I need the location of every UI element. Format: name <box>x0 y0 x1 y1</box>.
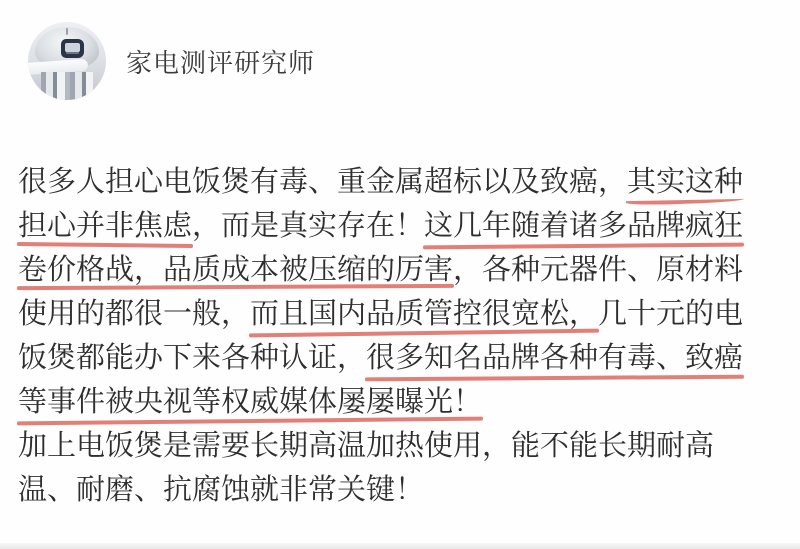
text-line: 卷价格战，品质成本被压缩的厉害，各种元器件、原材料 <box>18 248 784 292</box>
text-segment: 使用的都很一般， <box>18 292 250 336</box>
text-segment: 很多人担心电饭煲有毒、重金属超标以及致癌， <box>18 160 627 204</box>
underlined-text-segment: 而且国内品质管控很宽松， <box>250 292 598 336</box>
text-line: 使用的都很一般，而且国内品质管控很宽松，几十元的电 <box>18 292 784 336</box>
underlined-text-segment: 等事件被央视等权威媒体屡屡曝光！ <box>18 380 482 424</box>
rice-cooker-knob-icon <box>66 28 68 35</box>
text-line: 等事件被央视等权威媒体屡屡曝光！ <box>18 380 784 424</box>
underlined-text-segment: 很多知名品牌各种有毒、致癌 <box>366 336 743 380</box>
text-segment: ，而是真实存在！ <box>192 204 424 248</box>
underlined-text-segment: 其实这种 <box>627 160 743 204</box>
post-header: 家电测评研究师 <box>0 0 800 130</box>
text-line: 加上电饭煲是需要长期高温加热使用，能不能长期耐高 <box>18 424 784 468</box>
underlined-text-segment: 卷价格战，品质成本被压缩的厉害 <box>18 248 453 292</box>
text-segment: 温、耐磨、抗腐蚀就非常关键！ <box>18 468 424 512</box>
text-segment: 几十元的电 <box>598 292 743 336</box>
post-text: 很多人担心电饭煲有毒、重金属超标以及致癌，其实这种担心并非焦虑，而是真实存在！这… <box>18 160 784 512</box>
rice-cooker-badge-inner-icon <box>65 43 80 52</box>
avatar[interactable] <box>28 22 106 100</box>
text-line: 饭煲都能办下来各种认证，很多知名品牌各种有毒、致癌 <box>18 336 784 380</box>
text-line: 温、耐磨、抗腐蚀就非常关键！ <box>18 468 784 512</box>
text-line: 担心并非焦虑，而是真实存在！这几年随着诸多品牌疯狂 <box>18 204 784 248</box>
text-segment: ，各种元器件、原材料 <box>453 248 743 292</box>
bottom-edge-strip <box>0 543 800 549</box>
text-segment: 饭煲都能办下来各种认证， <box>18 336 366 380</box>
text-line: 很多人担心电饭煲有毒、重金属超标以及致癌，其实这种 <box>18 160 784 204</box>
rice-cooker-body-icon <box>41 72 93 100</box>
post-card: 家电测评研究师 很多人担心电饭煲有毒、重金属超标以及致癌，其实这种担心并非焦虑，… <box>0 0 800 549</box>
text-segment: 加上电饭煲是需要长期高温加热使用，能不能长期耐高 <box>18 424 714 468</box>
username[interactable]: 家电测评研究师 <box>126 47 315 79</box>
underlined-text-segment: 担心并非焦虑 <box>18 204 192 248</box>
underlined-text-segment: 这几年随着诸多品牌疯狂 <box>424 204 743 248</box>
